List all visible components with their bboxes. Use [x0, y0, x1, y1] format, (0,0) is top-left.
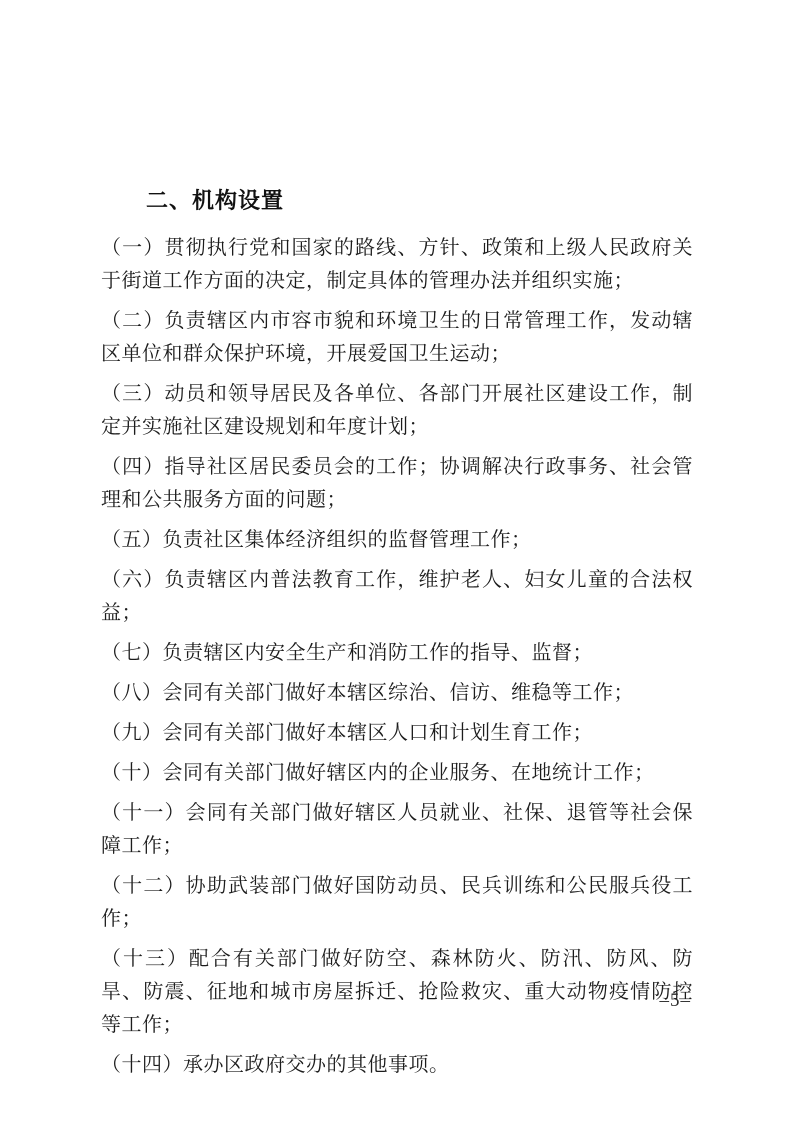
clause-paragraph-8: （八）会同有关部门做好本辖区综治、信访、维稳等工作； — [101, 677, 693, 710]
clause-paragraph-6: （六）负责辖区内普法教育工作，维护老人、妇女儿童的合法权益； — [101, 564, 693, 630]
page-number: –5– — [660, 990, 692, 1012]
clause-paragraph-11: （十一）会同有关部门做好辖区人员就业、社保、退管等社会保障工作； — [101, 797, 693, 863]
clause-paragraph-3: （三）动员和领导居民及各单位、各部门开展社区建设工作，制定并实施社区建设规划和年… — [101, 378, 693, 444]
document-page: 二、机构设置 （一）贯彻执行党和国家的路线、方针、政策和上级人民政府关于街道工作… — [0, 0, 793, 1122]
clause-paragraph-4: （四）指导社区居民委员会的工作；协调解决行政事务、社会管理和公共服务方面的问题； — [101, 451, 693, 517]
section-heading: 二、机构设置 — [101, 186, 693, 216]
clause-paragraph-2: （二）负责辖区内市容市貌和环境卫生的日常管理工作，发动辖区单位和群众保护环境，开… — [101, 305, 693, 371]
clause-paragraph-7: （七）负责辖区内安全生产和消防工作的指导、监督； — [101, 637, 693, 670]
clause-paragraph-14: （十四）承办区政府交办的其他事项。 — [101, 1049, 693, 1082]
clause-paragraph-5: （五）负责社区集体经济组织的监督管理工作； — [101, 524, 693, 557]
clause-paragraph-1: （一）贯彻执行党和国家的路线、方针、政策和上级人民政府关于街道工作方面的决定，制… — [101, 232, 693, 298]
clause-paragraph-12: （十二）协助武装部门做好国防动员、民兵训练和公民服兵役工作； — [101, 870, 693, 936]
clause-paragraph-10: （十）会同有关部门做好辖区内的企业服务、在地统计工作； — [101, 757, 693, 790]
clause-paragraph-13: （十三）配合有关部门做好防空、森林防火、防汛、防风、防旱、防震、征地和城市房屋拆… — [101, 943, 693, 1042]
clause-paragraph-9: （九）会同有关部门做好本辖区人口和计划生育工作； — [101, 717, 693, 750]
document-body: 二、机构设置 （一）贯彻执行党和国家的路线、方针、政策和上级人民政府关于街道工作… — [101, 186, 693, 1089]
